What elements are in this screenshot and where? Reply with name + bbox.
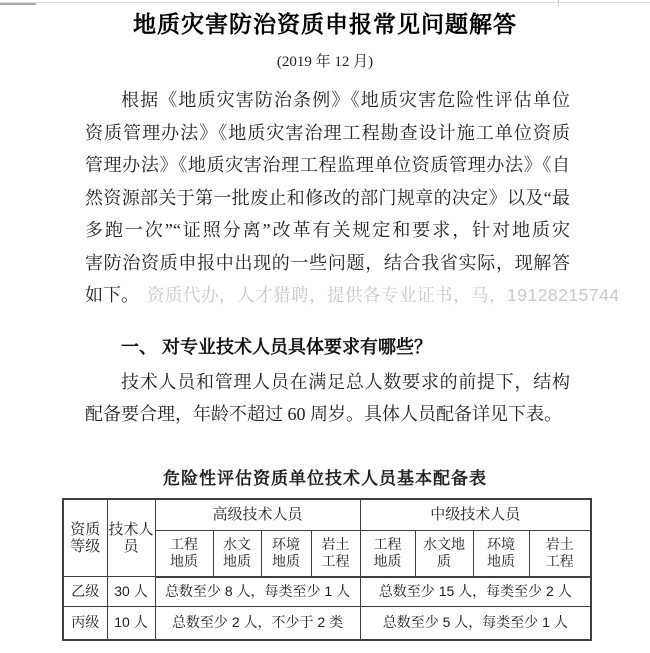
paragraph-line: 根据《地质灾害防治条例》《地质灾害危险性评估单位	[85, 84, 570, 117]
subheader-cell: 水文 地质	[213, 530, 261, 577]
paragraph-line: 然资源部关于第一批废止和修改的部门规章的决定》以及“最	[85, 182, 570, 215]
paragraph-1: 根据《地质灾害防治条例》《地质灾害危险性评估单位 资质管理办法》《地质灾害治理工…	[85, 84, 570, 312]
paragraph-line: 技术人员和管理人员在满足总人数要求的前提下，结构	[85, 366, 570, 399]
table-title: 危险性评估资质单位技术人员基本配备表	[0, 469, 650, 489]
document-subtitle: (2019 年 12 月)	[0, 52, 650, 72]
cropped-edge-segment-artifact	[0, 3, 36, 5]
subheader-cell: 水文地 质	[415, 530, 473, 577]
cropped-table-edge-artifact	[0, 2, 650, 3]
gray-watermark-text: 资质代办，人才猎聘，提供各专业证书，马，19128215744	[147, 279, 620, 312]
paragraph-line: 害防治资质申报中出现的一些问题，结合我省实际，现解答	[85, 247, 570, 280]
total-cell: 30 人	[107, 577, 155, 607]
paragraph-line: 多跑一次”“证照分离”改革有关规定和要求，针对地质灾	[85, 214, 570, 247]
table-row: 丙级 10 人 总数至少 2 人，不少于 2 类 总数至少 5 人，每类至少 1…	[63, 606, 591, 640]
paragraph-line-text: 如下。	[85, 279, 139, 312]
middle-requirement-cell: 总数至少 5 人，每类至少 1 人	[360, 606, 591, 640]
staffing-table: 资质 等级 技术人 员 高级技术人员 中级技术人员 工程 地质 水文 地质 环境…	[62, 498, 592, 641]
subheader-cell: 环境 地质	[261, 530, 311, 577]
paragraph-line: 配备要合理，年龄不超过 60 周岁。具体人员配备详见下表。	[85, 398, 570, 431]
subheader-cell: 岩土 工程	[529, 530, 591, 577]
section-1-heading: 一、 对专业技术人员具体要求有哪些？	[121, 334, 650, 360]
header-tech-staff: 技术人 员	[107, 499, 155, 577]
subheader-cell: 工程 地质	[155, 530, 213, 577]
paragraph-line: 管理办法》《地质灾害治理工程监理单位资质管理办法》《自	[85, 149, 570, 182]
group-header-senior: 高级技术人员	[155, 499, 360, 531]
subheader-cell: 环境 地质	[473, 530, 529, 577]
grade-cell: 乙级	[63, 577, 107, 607]
group-header-middle: 中级技术人员	[360, 499, 591, 531]
subheader-cell: 工程 地质	[360, 530, 415, 577]
senior-requirement-cell: 总数至少 2 人，不少于 2 类	[155, 606, 360, 640]
document-page: 地质灾害防治资质申报常见问题解答 (2019 年 12 月) 根据《地质灾害防治…	[0, 0, 650, 653]
cropped-edge-tick-artifact	[558, 0, 559, 6]
document-title: 地质灾害防治资质申报常见问题解答	[0, 10, 650, 40]
grade-cell: 丙级	[63, 606, 107, 640]
paragraph-last-line: 如下。 资质代办，人才猎聘，提供各专业证书，马，19128215744	[85, 279, 570, 312]
paragraph-line: 资质管理办法》《地质灾害治理工程勘查设计施工单位资质	[85, 117, 570, 150]
middle-requirement-cell: 总数至少 15 人，每类至少 2 人	[360, 577, 591, 607]
senior-requirement-cell: 总数至少 8 人，每类至少 1 人	[155, 577, 360, 607]
total-cell: 10 人	[107, 606, 155, 640]
header-grade: 资质 等级	[63, 499, 107, 577]
paragraph-2: 技术人员和管理人员在满足总人数要求的前提下，结构 配备要合理，年龄不超过 60 …	[85, 366, 570, 431]
subheader-cell: 岩土 工程	[311, 530, 360, 577]
table-row: 乙级 30 人 总数至少 8 人，每类至少 1 人 总数至少 15 人，每类至少…	[63, 577, 591, 607]
